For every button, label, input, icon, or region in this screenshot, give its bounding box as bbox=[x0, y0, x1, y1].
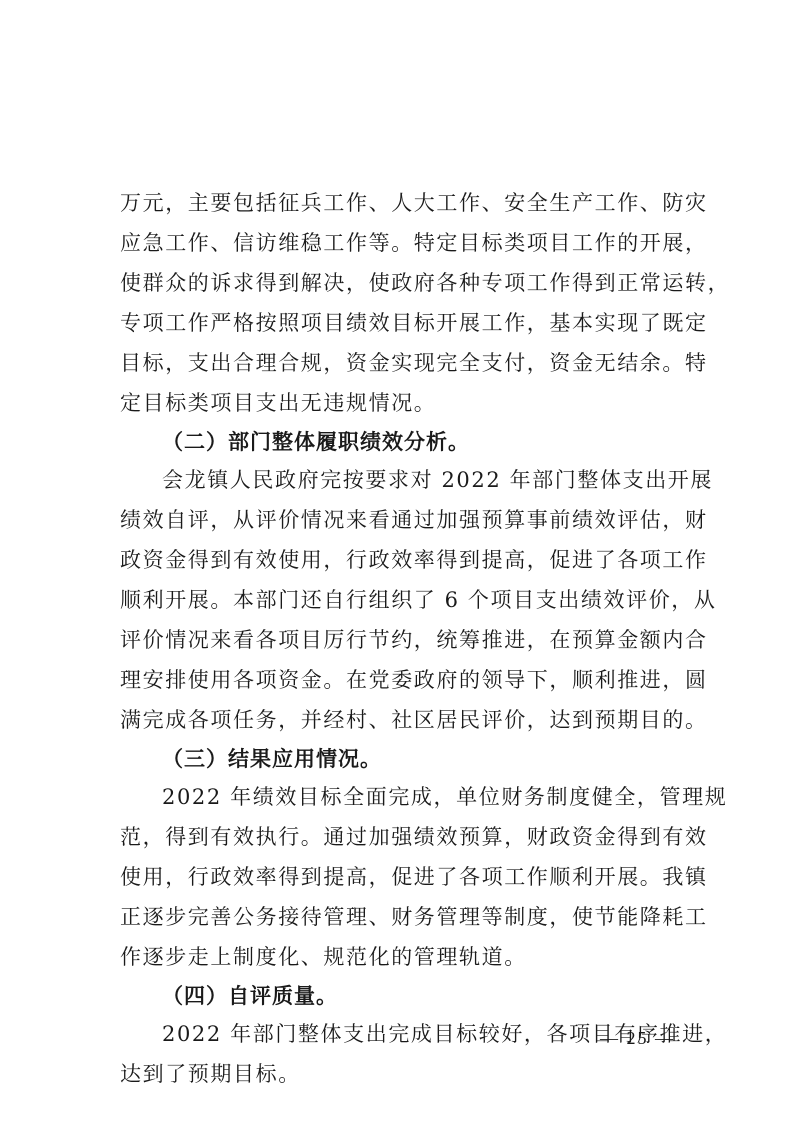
paragraph-line: 使用，行政效率得到提高，促进了各项工作顺利开展。我镇 bbox=[120, 858, 680, 897]
paragraph-line: 正逐步完善公务接待管理、财务管理等制度，使节能降耗工 bbox=[120, 898, 680, 937]
page-number: — 25 — bbox=[600, 1026, 675, 1050]
paragraph-line: 应急工作、信访维稳工作等。特定目标类项目工作的开展， bbox=[120, 224, 680, 263]
paragraph-line: 目标，支出合理合规，资金实现完全支付，资金无结余。特 bbox=[120, 344, 680, 383]
paragraph-line: 会龙镇人民政府完按要求对 2022 年部门整体支出开展 bbox=[162, 461, 680, 500]
paragraph-line: 政资金得到有效使用，行政效率得到提高，促进了各项工作 bbox=[120, 541, 680, 580]
section-heading-4: （四）自评质量。 bbox=[162, 976, 680, 1015]
paragraph-line: 达到了预期目标。 bbox=[120, 1055, 680, 1094]
paragraph-line: 范，得到有效执行。通过加强绩效预算，财政资金得到有效 bbox=[120, 818, 680, 857]
paragraph-line: 作逐步走上制度化、规范化的管理轨道。 bbox=[120, 938, 680, 977]
paragraph-line: 绩效自评，从评价情况来看通过加强预算事前绩效评估，财 bbox=[120, 501, 680, 540]
paragraph-line: 满完成各项任务，并经村、社区居民评价，达到预期目的。 bbox=[120, 701, 680, 740]
paragraph-line: 定目标类项目支出无违规情况。 bbox=[120, 384, 680, 423]
section-heading-3: （三）结果应用情况。 bbox=[162, 739, 680, 778]
paragraph-line: 顺利开展。本部门还自行组织了 6 个项目支出绩效评价，从 bbox=[120, 581, 680, 620]
paragraph-line: 2022 年绩效目标全面完成，单位财务制度健全，管理规 bbox=[162, 778, 680, 817]
paragraph-line: 理安排使用各项资金。在党委政府的领导下，顺利推进，圆 bbox=[120, 661, 680, 700]
section-heading-2: （二）部门整体履职绩效分析。 bbox=[162, 422, 680, 461]
paragraph-line: 评价情况来看各项目厉行节约，统筹推进，在预算金额内合 bbox=[120, 621, 680, 660]
paragraph-line: 专项工作严格按照项目绩效目标开展工作，基本实现了既定 bbox=[120, 304, 680, 343]
paragraph-line: 万元，主要包括征兵工作、人大工作、安全生产工作、防灾 bbox=[120, 184, 680, 223]
paragraph-line: 使群众的诉求得到解决，使政府各种专项工作得到正常运转， bbox=[120, 264, 680, 303]
